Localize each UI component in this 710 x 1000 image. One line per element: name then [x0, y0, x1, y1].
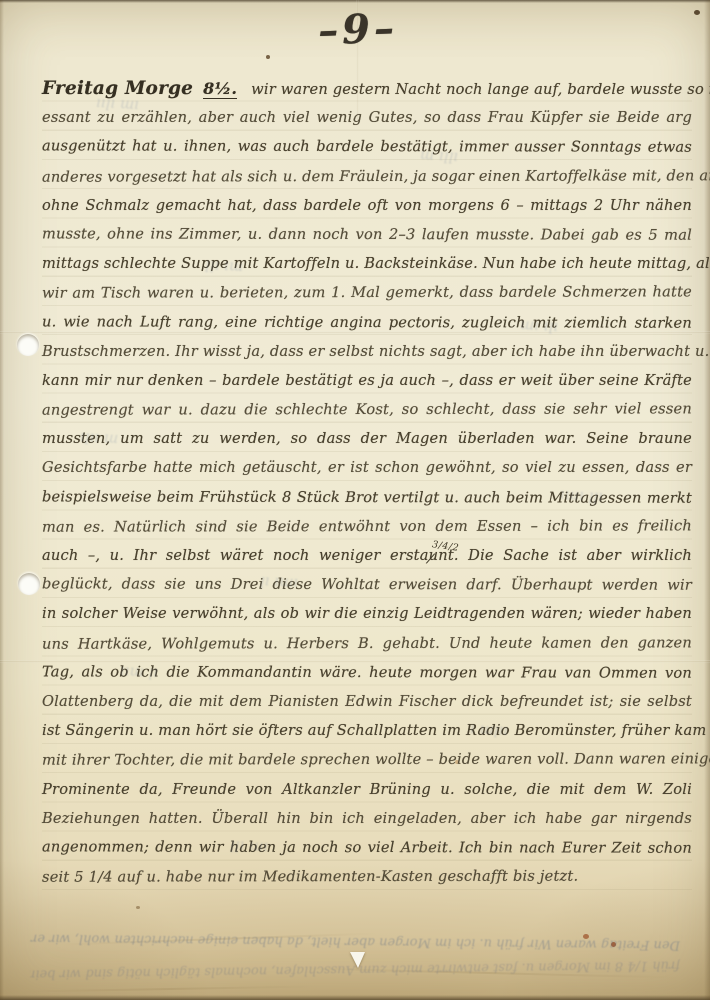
handwritten-line: mit ihrer Tochter, die mit bardele sprec… — [42, 745, 692, 776]
handwritten-line: seit 5 1/4 auf u. habe nur im Medikament… — [42, 861, 692, 892]
handwritten-line: ausgenützt hat u. ihnen, was auch bardel… — [42, 132, 692, 163]
foxing-spot — [136, 906, 140, 909]
handwritten-line: kann mir nur denken – bardele bestätigt … — [42, 366, 692, 395]
ink-bleedthrough-mark: ım ılıı — [96, 95, 140, 115]
handwritten-line: mittags schlechte Suppe mit Kartoffeln u… — [42, 249, 692, 278]
handwritten-line: musste, ohne ins Zimmer, u. dann noch vo… — [42, 219, 692, 250]
scan-edge-top — [0, 0, 710, 3]
heading-time: 8½. — [203, 79, 237, 99]
ink-bleedthrough-mark: mı ıll — [205, 257, 244, 277]
bleedthrough-footer: Den Freitag waren Wir früh u. ich im Mor… — [30, 928, 680, 983]
handwritten-line: Brustschmerzen. Ihr wisst ja, dass er se… — [42, 337, 692, 366]
handwritten-line: Gesichtsfarbe hatte mich getäuscht, er i… — [42, 453, 692, 482]
opening-line: Freitag Morge8½.wir waren gestern Nacht … — [42, 74, 692, 103]
handwritten-line: man es. Natürlich sind sie Beide entwöhn… — [42, 511, 692, 542]
ink-bleedthrough-mark: ıl mıı — [120, 663, 159, 683]
handwritten-line: wir am Tisch waren u. berieten, zum 1. M… — [42, 278, 692, 309]
handwritten-line: angestrengt war u. dazu die schlechte Ko… — [42, 394, 692, 425]
handwritten-line: ohne Schmalz gemacht hat, dass bardele o… — [42, 191, 692, 220]
ink-bleedthrough-mark: ım ıll — [230, 837, 269, 857]
ink-bleedthrough-mark: ımı ıl — [260, 573, 299, 593]
handwritten-line: anderes vorgesetzt hat als sich u. dem F… — [42, 161, 692, 192]
handwritten-line: uns Hartkäse, Wohlgemuts u. Herbers B. g… — [42, 628, 692, 659]
scan-edge-right — [704, 0, 710, 1000]
handwritten-line: Olattenberg da, die mit dem Pianisten Ed… — [42, 687, 692, 716]
handwritten-line: u. wie nach Luft rang, eine richtige ang… — [42, 307, 692, 338]
page-number: –9– — [267, 3, 449, 56]
handwritten-line: Beziehungen hatten. Überall hin bin ich … — [42, 804, 692, 833]
handwritten-line: in solcher Weise verwöhnt, als ob wir di… — [42, 599, 692, 628]
ink-bleedthrough-mark: ıllı m — [420, 147, 459, 167]
handwritten-line: mussten, um satt zu werden, so dass der … — [42, 424, 692, 453]
scan-edge-bottom — [0, 995, 710, 1000]
bleedthrough-line: früh 1/4 8 im Morgen u. fast entwirrte m… — [30, 951, 680, 987]
opening-text: wir waren gestern Nacht noch lange auf, … — [251, 81, 710, 98]
foxing-spot — [694, 10, 700, 15]
scan-edge-left — [0, 0, 4, 1000]
ink-bleedthrough-mark: ıll ımı — [560, 487, 604, 507]
ink-bleedthrough-mark: ılı ım — [520, 317, 559, 337]
handwritten-line: beglückt, dass sie uns Drei diese Wohlta… — [42, 570, 692, 601]
ink-bleedthrough-mark: m ıılı — [80, 429, 119, 449]
handwritten-line: Prominente da, Freunde von Altkanzler Br… — [42, 775, 692, 804]
letter-body: Freitag Morge8½.wir waren gestern Nacht … — [42, 74, 692, 891]
handwritten-line: auch –, u. Ihr selbst wäret noch weniger… — [42, 541, 692, 570]
punch-hole — [18, 573, 40, 595]
scanned-letter-page: –9– Freitag Morge8½.wir waren gestern Na… — [0, 0, 710, 1000]
handwritten-line: ist Sängerin u. man hört sie öfters auf … — [42, 716, 692, 745]
ink-bleedthrough-mark: ıılm ı — [470, 721, 509, 741]
punch-hole — [17, 334, 39, 356]
handwritten-line: essant zu erzählen, aber auch viel wenig… — [42, 103, 692, 132]
handwritten-line: angenommen; denn wir haben ja noch so vi… — [42, 832, 692, 863]
